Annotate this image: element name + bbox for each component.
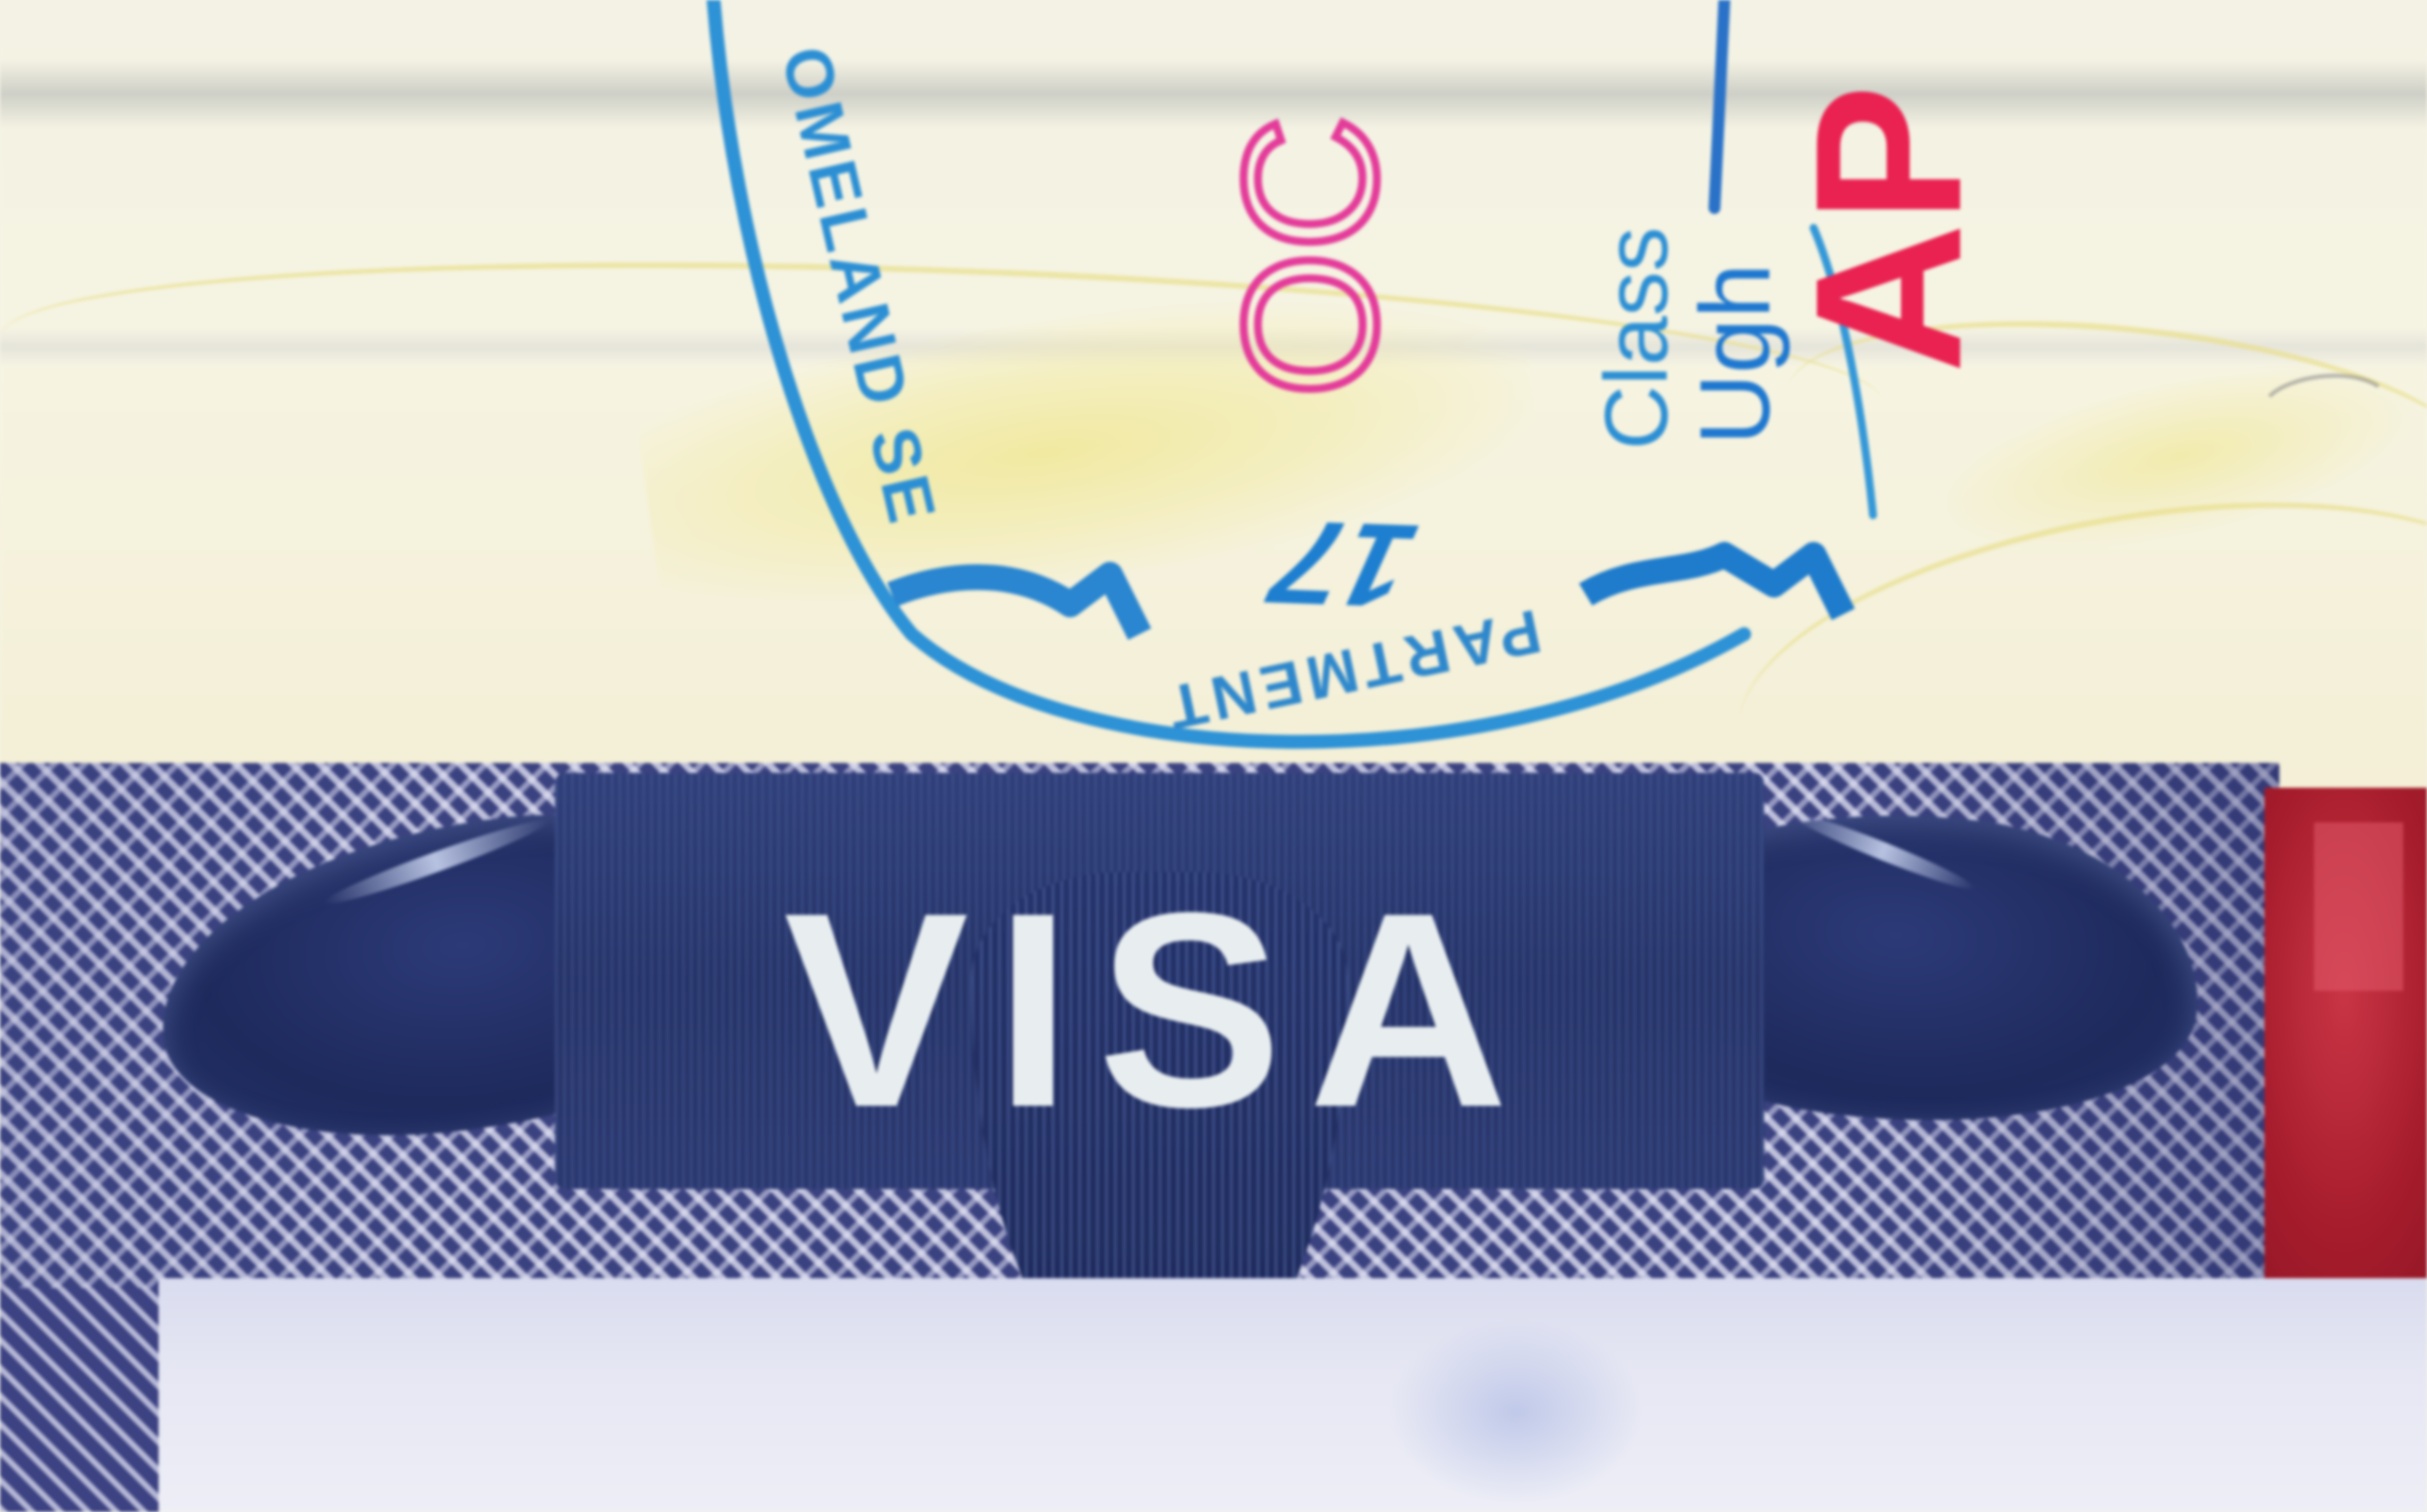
crosshatch-left-edge [0, 1288, 159, 1512]
star-watermark [1387, 1318, 1645, 1506]
pink-date-stamp: OC [1203, 116, 1419, 398]
visa-lower-field [159, 1278, 2427, 1512]
stamp-class-label: Class [1587, 227, 1689, 450]
red-stamp: AP [1769, 84, 2009, 374]
red-panel-highlight [2314, 822, 2403, 991]
visa-title: VISA [0, 872, 2427, 1149]
visa-photo: OMELAND SE PARTMENT 17 Class Ugh OC AP V… [0, 0, 2427, 1512]
